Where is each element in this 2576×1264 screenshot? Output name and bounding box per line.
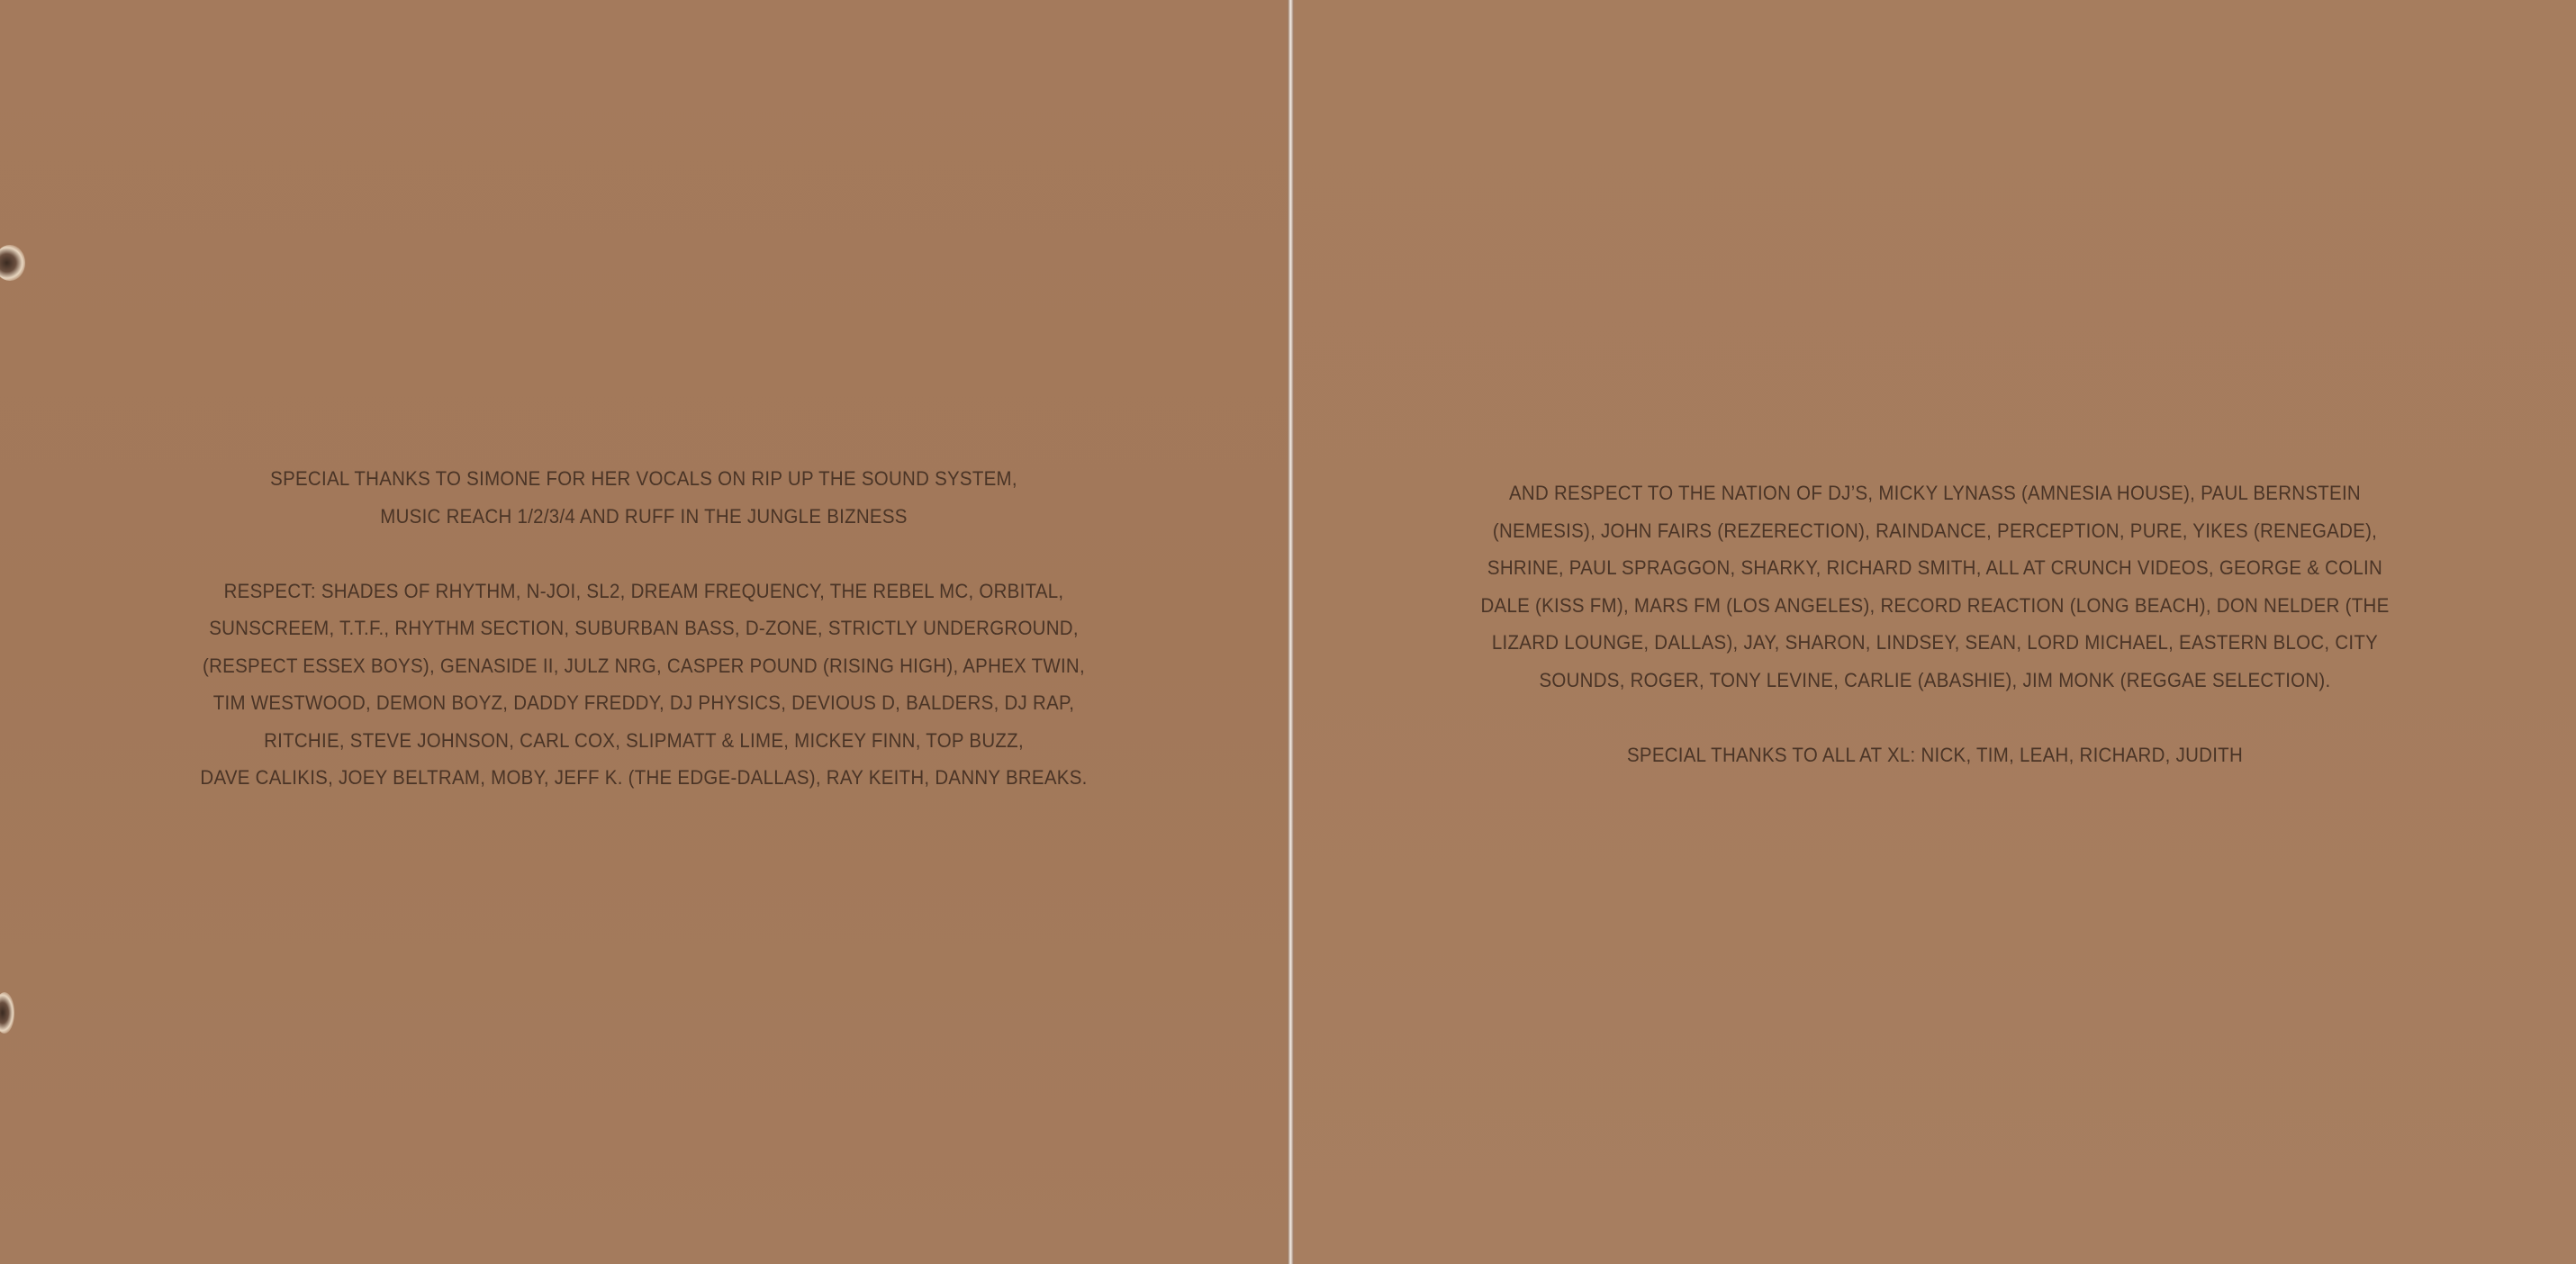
booklet-spine-fold <box>1288 0 1294 1264</box>
right-credits-block: AND RESPECT TO THE NATION OF DJ’S, MICKY… <box>1364 474 2507 773</box>
respect-line: DALE (KISS FM), MARS FM (LOS ANGELES), R… <box>1364 587 2507 625</box>
respect-line: RITCHIE, STEVE JOHNSON, CARL COX, SLIPMA… <box>78 722 1209 760</box>
paragraph-gap <box>78 535 1209 573</box>
special-thanks-line: SPECIAL THANKS TO SIMONE FOR HER VOCALS … <box>78 460 1209 498</box>
respect-line: (NEMESIS), JOHN FAIRS (REZERECTION), RAI… <box>1364 512 2507 550</box>
respect-line: SUNSCREEM, T.T.F., RHYTHM SECTION, SUBUR… <box>78 609 1209 647</box>
booklet-spread: SPECIAL THANKS TO SIMONE FOR HER VOCALS … <box>0 0 2576 1264</box>
special-thanks-line: SPECIAL THANKS TO ALL AT XL: NICK, TIM, … <box>1364 736 2507 774</box>
paragraph-gap <box>1364 699 2507 736</box>
left-credits-block: SPECIAL THANKS TO SIMONE FOR HER VOCALS … <box>78 460 1209 797</box>
respect-line: SOUNDS, ROGER, TONY LEVINE, CARLIE (ABAS… <box>1364 662 2507 700</box>
binding-hole <box>0 992 14 1034</box>
respect-line: DAVE CALIKIS, JOEY BELTRAM, MOBY, JEFF K… <box>78 759 1209 797</box>
respect-line: AND RESPECT TO THE NATION OF DJ’S, MICKY… <box>1364 474 2507 512</box>
respect-line: SHRINE, PAUL SPRAGGON, SHARKY, RICHARD S… <box>1364 549 2507 587</box>
left-page: SPECIAL THANKS TO SIMONE FOR HER VOCALS … <box>0 0 1288 1264</box>
respect-line: LIZARD LOUNGE, DALLAS), JAY, SHARON, LIN… <box>1364 624 2507 662</box>
respect-line: RESPECT: SHADES OF RHYTHM, N-JOI, SL2, D… <box>78 573 1209 610</box>
respect-line: (RESPECT ESSEX BOYS), GENASIDE II, JULZ … <box>78 647 1209 685</box>
respect-line: TIM WESTWOOD, DEMON BOYZ, DADDY FREDDY, … <box>78 684 1209 722</box>
binding-hole <box>0 245 25 281</box>
special-thanks-line: MUSIC REACH 1/2/3/4 AND RUFF IN THE JUNG… <box>78 498 1209 536</box>
